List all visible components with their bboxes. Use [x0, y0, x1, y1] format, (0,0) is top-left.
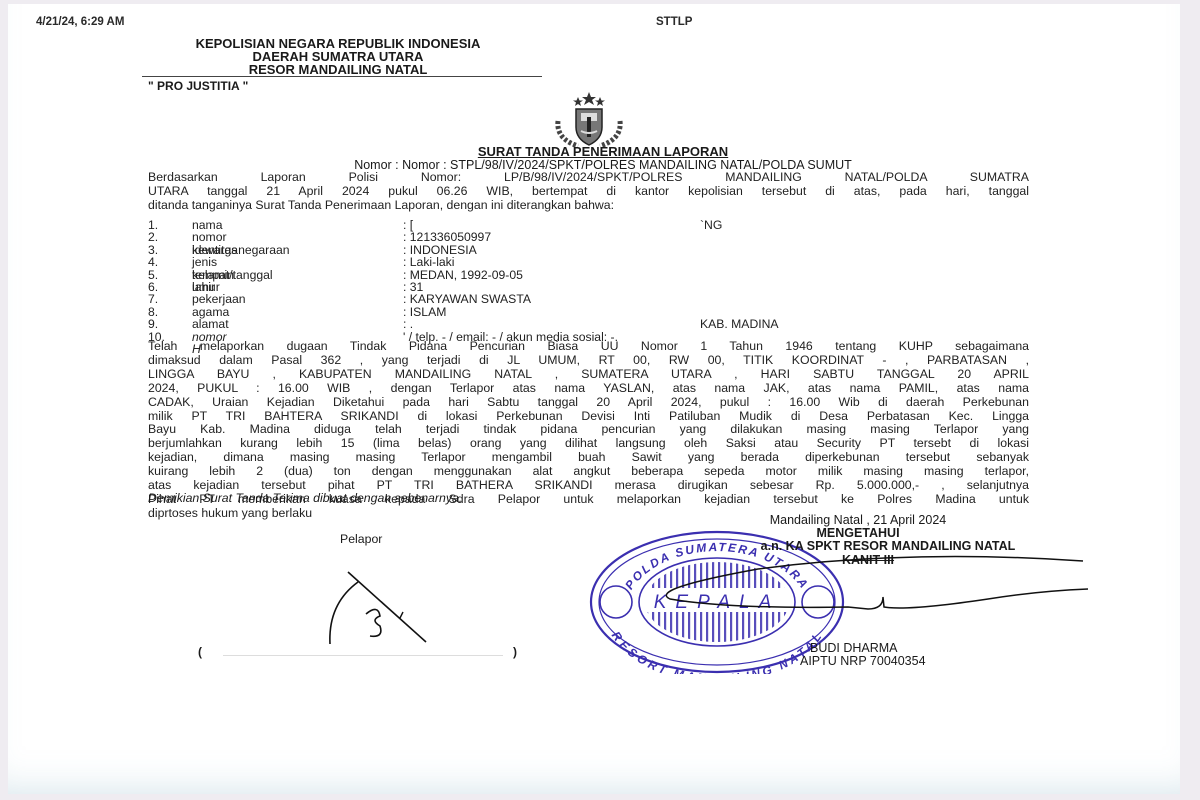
reporter-signature-icon [308, 564, 458, 646]
reporter-name-open: ( [198, 645, 202, 659]
report-line: 2024, PUKUL : 16.00 WIB , dengan Terlapo… [148, 382, 1029, 396]
field-value-extra: KAB. MADINA [700, 318, 779, 330]
row-number: 2. [148, 231, 158, 243]
field-value-extra: `NG [700, 219, 722, 231]
header-divider [142, 76, 542, 77]
pro-justitia-label: " PRO JUSTITIA " [148, 79, 248, 93]
document-title: SURAT TANDA PENERIMAAN LAPORAN [248, 145, 958, 159]
intro-line: Berdasarkan Laporan Polisi Nomor: LP/B/9… [148, 171, 1029, 185]
report-line: Bayu Kab. Madina diduga telah terjadi ti… [148, 423, 1029, 437]
document-page: 4/21/24, 6:29 AM STTLP KEPOLISIAN NEGARA… [8, 4, 1180, 794]
institution-header: KEPOLISIAN NEGARA REPUBLIK INDONESIA DAE… [138, 37, 538, 76]
report-line: dimaksud dalam Pasal 362 , yang terjadi … [148, 354, 1029, 368]
report-line: CADAK, Uraian Kejadian Diketahui pada ha… [148, 396, 1029, 410]
official-name-block: BUDI DHARMA AIPTU NRP 70040354 [800, 642, 926, 668]
header-line-3: RESOR MANDAILING NATAL [138, 63, 538, 76]
field-value: : KARYAWAN SWASTA [403, 293, 531, 305]
field-value: : Laki-laki [403, 256, 454, 268]
field-value: : . [403, 318, 413, 330]
report-line: kuirang lebih 2 (dua) ton dengan menggun… [148, 465, 1029, 479]
field-value: : 121336050997 [403, 231, 491, 243]
official-signature-icon [608, 549, 1088, 619]
reporter-name-line [223, 655, 503, 656]
closing-statement: Demikian Surat Tanda Terima dibuat denga… [148, 491, 462, 505]
document-code: STTLP [656, 16, 692, 28]
print-timestamp: 4/21/24, 6:29 AM [36, 16, 124, 28]
police-emblem-icon [548, 91, 630, 149]
intro-line: ditanda tanganinya Surat Tanda Penerimaa… [148, 199, 1029, 213]
row-number: 9. [148, 318, 158, 330]
report-line: Telah melaporkan dugaan Tindak Pidana Pe… [148, 340, 1029, 354]
official-rank-nrp: AIPTU NRP 70040354 [800, 655, 926, 668]
report-line: LINGGA BAYU , KABUPATEN MANDAILING NATAL… [148, 368, 1029, 382]
report-line: berjumlahkan kurang lebih 15 (lima belas… [148, 437, 1029, 451]
intro-line: UTARA tanggal 21 April 2024 pukul 06.26 … [148, 185, 1029, 199]
row-number: 4. [148, 256, 158, 268]
reporter-name-close: ) [513, 645, 517, 659]
field-label: pekerjaan [192, 293, 246, 305]
row-number: 7. [148, 293, 158, 305]
field-label: alamat [192, 318, 229, 330]
intro-paragraph: Berdasarkan Laporan Polisi Nomor: LP/B/9… [148, 171, 1029, 213]
report-line: milik PT TRI BAHTERA SRIKANDI di lokasi … [148, 410, 1029, 424]
report-line: kejadian, dimana masing masing Terlapor … [148, 451, 1029, 465]
reporter-label: Pelapor [340, 532, 382, 546]
